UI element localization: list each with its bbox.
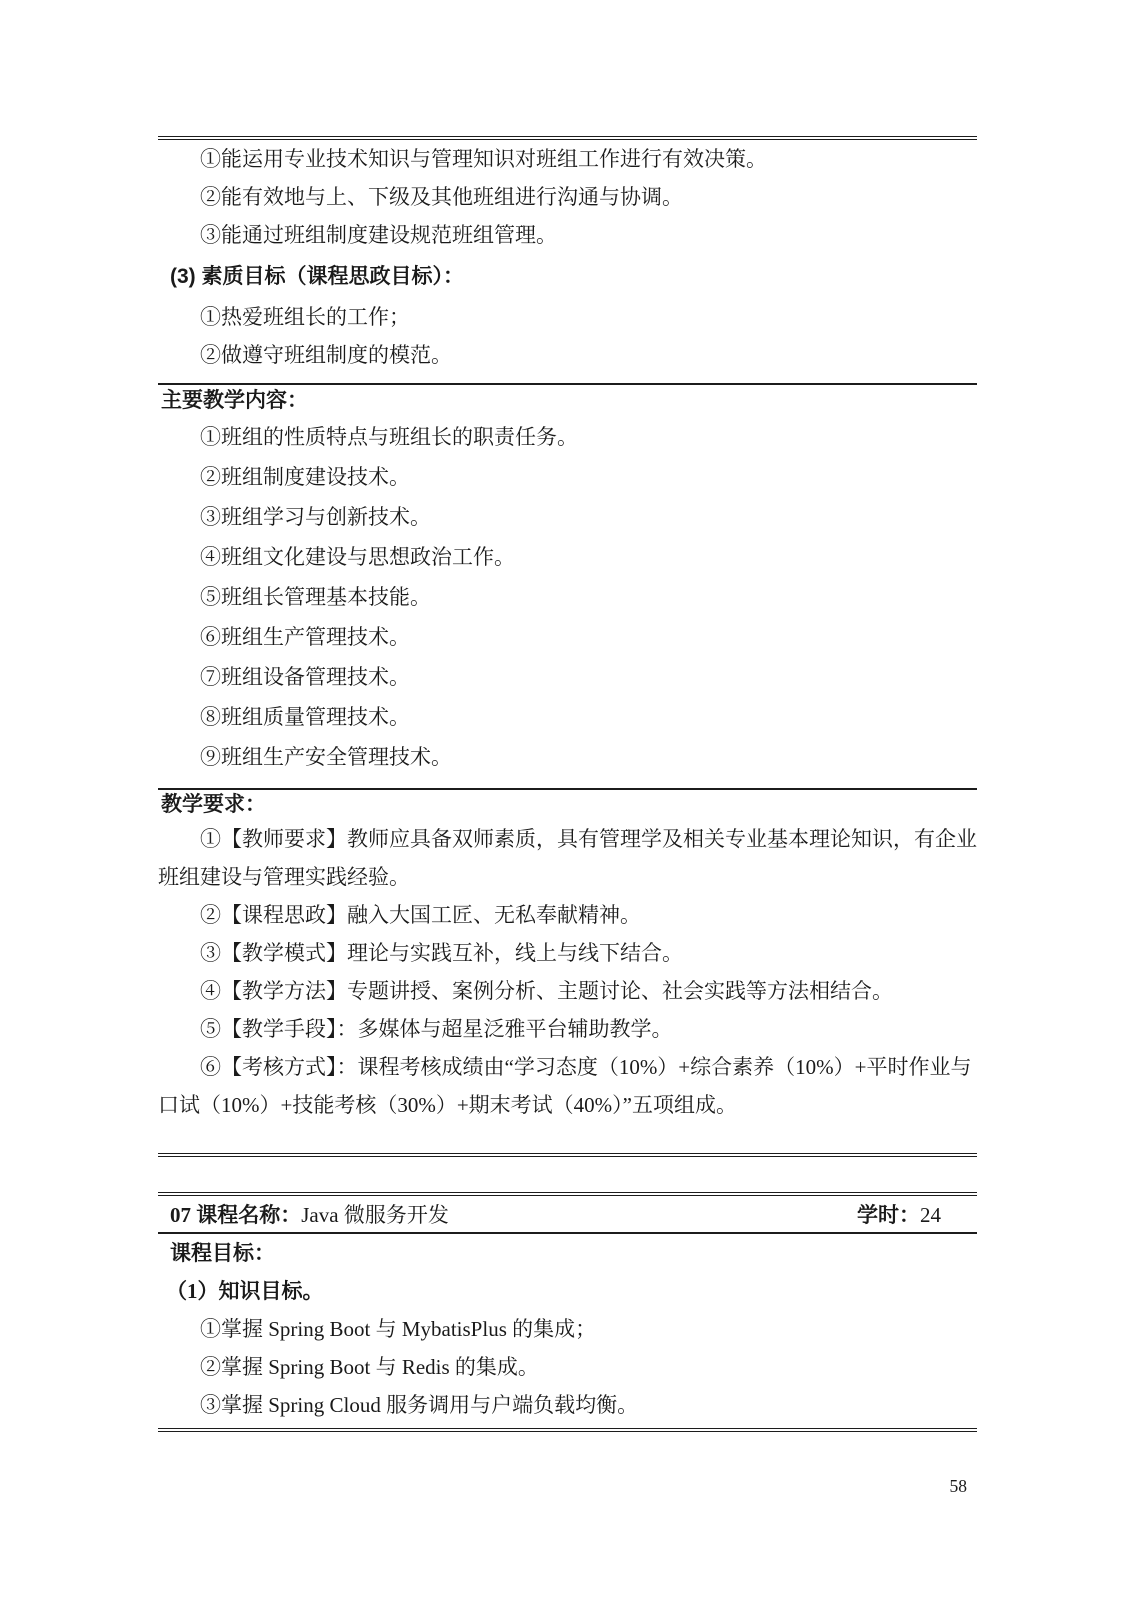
course-code-label: 07 课程名称：	[170, 1203, 301, 1227]
quality-item: ②做遵守班组制度的模范。	[158, 336, 977, 374]
content-item: ⑨班组生产安全管理技术。	[158, 737, 977, 777]
content-item: ⑤班组长管理基本技能。	[158, 577, 977, 617]
content-item: ④班组文化建设与思想政治工作。	[158, 537, 977, 577]
content-item: ⑧班组质量管理技术。	[158, 697, 977, 737]
course-hours: 学时：24	[857, 1199, 941, 1229]
ability-item: ①能运用专业技术知识与管理知识对班组工作进行有效决策。	[158, 140, 977, 178]
knowledge-item: ③掌握 Spring Cloud 服务调用与户端负载均衡。	[158, 1386, 977, 1424]
content-item: ①班组的性质特点与班组长的职责任务。	[158, 417, 977, 457]
course-title: 07 课程名称：Java 微服务开发	[170, 1199, 449, 1229]
section-objectives-continued: ①能运用专业技术知识与管理知识对班组工作进行有效决策。 ②能有效地与上、下级及其…	[158, 136, 977, 383]
hours-label: 学时：	[857, 1203, 920, 1227]
course-goals-heading: 课程目标：	[158, 1234, 977, 1272]
section-teaching-requirements: 教学要求： ①【教师要求】教师应具备双师素质，具有管理学及相关专业基本理论知识，…	[158, 788, 977, 1157]
content-item: ⑦班组设备管理技术。	[158, 657, 977, 697]
knowledge-item: ②掌握 Spring Boot 与 Redis 的集成。	[158, 1348, 977, 1386]
quality-goals-heading: (3) 素质目标（课程思政目标）：	[158, 256, 977, 298]
requirement-item: ②【课程思政】融入大国工匠、无私奉献精神。	[158, 896, 977, 934]
teaching-requirements-heading: 教学要求：	[158, 790, 977, 820]
page-number: 58	[950, 1476, 968, 1497]
section-course-07: 07 课程名称：Java 微服务开发 学时：24 课程目标： （1）知识目标。 …	[158, 1192, 977, 1432]
quality-item: ①热爱班组长的工作；	[158, 298, 977, 336]
ability-item: ③能通过班组制度建设规范班组管理。	[158, 216, 977, 254]
section-teaching-content: 主要教学内容： ①班组的性质特点与班组长的职责任务。 ②班组制度建设技术。 ③班…	[158, 383, 977, 788]
content-item: ⑥班组生产管理技术。	[158, 617, 977, 657]
knowledge-item: ①掌握 Spring Boot 与 MybatisPlus 的集成；	[158, 1310, 977, 1348]
course-goals-body: 课程目标： （1）知识目标。 ①掌握 Spring Boot 与 Mybatis…	[158, 1234, 977, 1432]
requirement-item: ⑤【教学手段】：多媒体与超星泛雅平台辅助教学。	[158, 1010, 977, 1048]
course-name: Java 微服务开发	[301, 1203, 449, 1227]
requirement-item: ①【教师要求】教师应具备双师素质，具有管理学及相关专业基本理论知识，有企业班组建…	[158, 820, 977, 896]
content-item: ③班组学习与创新技术。	[158, 497, 977, 537]
ability-item: ②能有效地与上、下级及其他班组进行沟通与协调。	[158, 178, 977, 216]
requirement-item: ③【教学模式】理论与实践互补，线上与线下结合。	[158, 934, 977, 972]
content-item: ②班组制度建设技术。	[158, 457, 977, 497]
page-content: ①能运用专业技术知识与管理知识对班组工作进行有效决策。 ②能有效地与上、下级及其…	[158, 136, 977, 1432]
course-header-row: 07 课程名称：Java 微服务开发 学时：24	[158, 1192, 977, 1234]
document-page: ①能运用专业技术知识与管理知识对班组工作进行有效决策。 ②能有效地与上、下级及其…	[0, 0, 1131, 1600]
teaching-content-heading: 主要教学内容：	[158, 385, 977, 417]
knowledge-goals-heading: （1）知识目标。	[158, 1272, 977, 1310]
hours-value: 24	[920, 1203, 941, 1227]
requirement-item: ⑥【考核方式】：课程考核成绩由“学习态度（10%）+综合素养（10%）+平时作业…	[158, 1048, 977, 1124]
requirement-item: ④【教学方法】专题讲授、案例分析、主题讨论、社会实践等方法相结合。	[158, 972, 977, 1010]
